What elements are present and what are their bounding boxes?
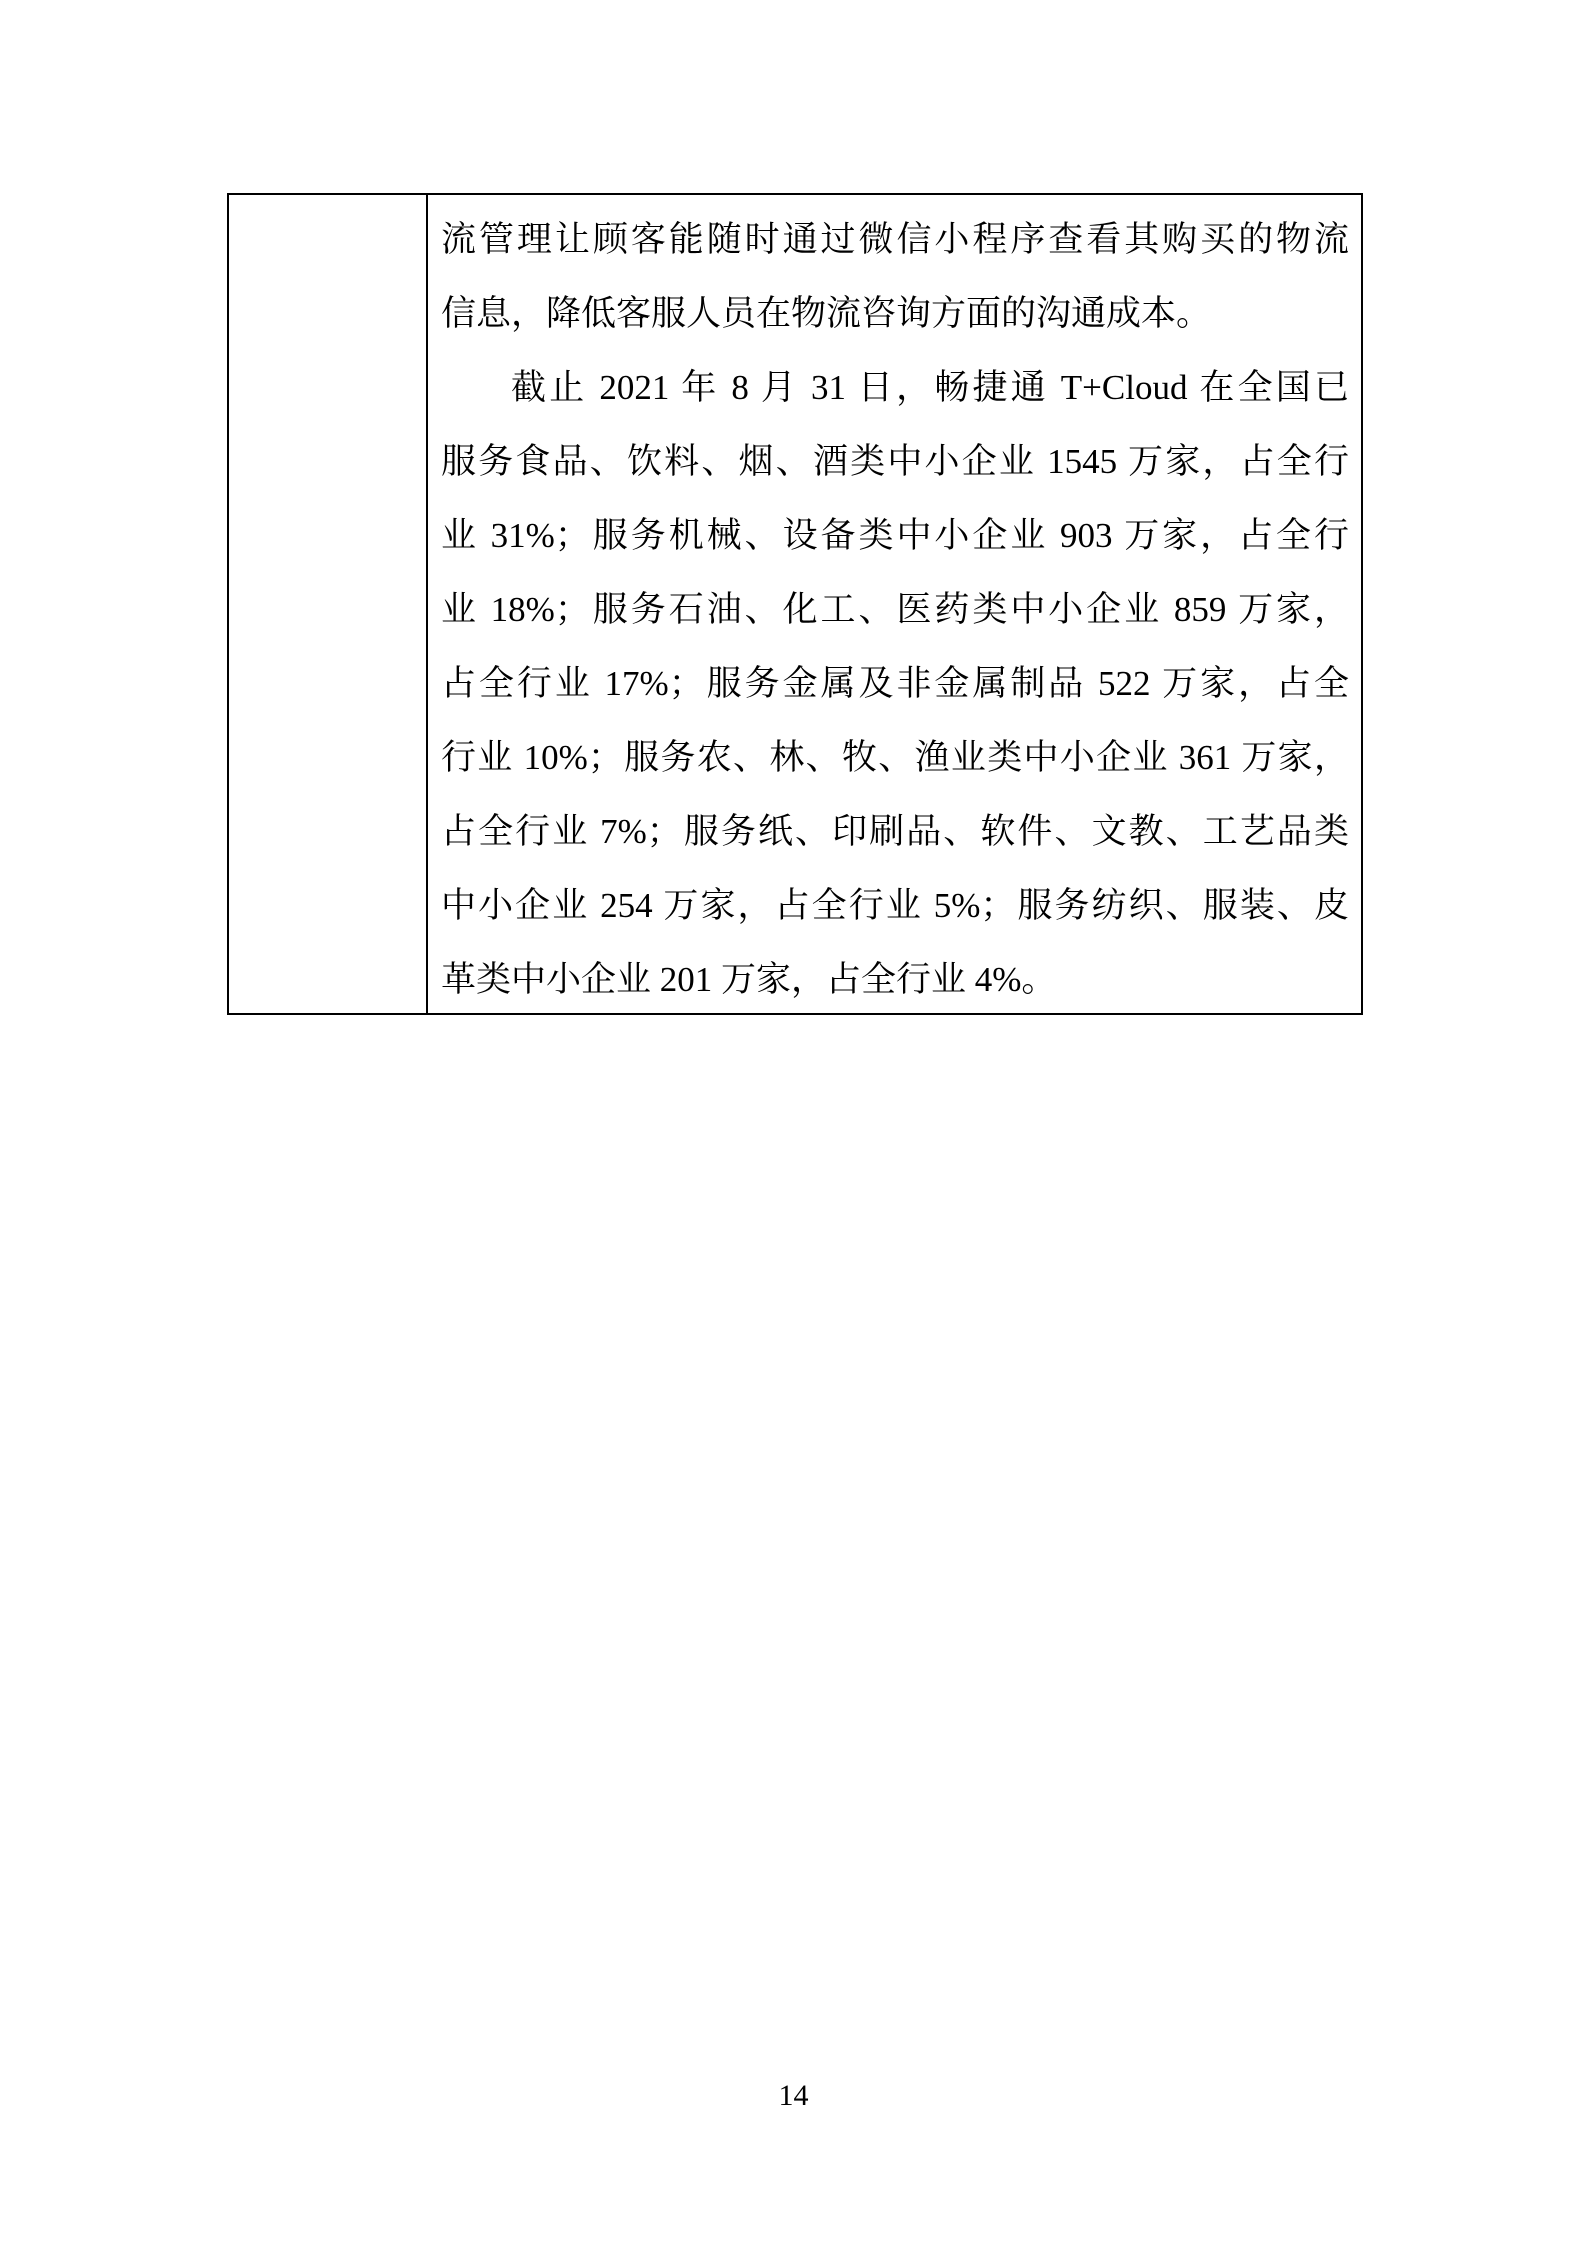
document-page: { "page": { "number": "14" }, "colors": … [0, 0, 1587, 2245]
text-line: 占全行业 17%；服务金属及非金属制品 522 万家，占全 [441, 647, 1349, 721]
text-line: 中小企业 254 万家，占全行业 5%；服务纺织、服装、皮 [441, 869, 1349, 943]
text-line: 业 18%；服务石油、化工、医药类中小企业 859 万家， [441, 573, 1349, 647]
text-line: 占全行业 7%；服务纸、印刷品、软件、文教、工艺品类 [441, 795, 1349, 869]
text-line: 行业 10%；服务农、林、牧、渔业类中小企业 361 万家， [441, 721, 1349, 795]
paragraph: 流管理让顾客能随时通过微信小程序查看其购买的物流信息，降低客服人员在物流咨询方面… [441, 203, 1349, 351]
paragraph: 截止 2021 年 8 月 31 日，畅捷通 T+Cloud 在全国已服务食品、… [441, 351, 1349, 1013]
text-line: 截止 2021 年 8 月 31 日，畅捷通 T+Cloud 在全国已 [441, 351, 1349, 425]
table-cell-body: 流管理让顾客能随时通过微信小程序查看其购买的物流信息，降低客服人员在物流咨询方面… [428, 195, 1361, 1013]
table-cell-label [229, 195, 428, 1013]
text-line: 信息，降低客服人员在物流咨询方面的沟通成本。 [441, 277, 1349, 351]
cell-paragraphs: 流管理让顾客能随时通过微信小程序查看其购买的物流信息，降低客服人员在物流咨询方面… [441, 203, 1349, 1013]
text-line: 服务食品、饮料、烟、酒类中小企业 1545 万家，占全行 [441, 425, 1349, 499]
text-line: 革类中小企业 201 万家，占全行业 4%。 [441, 943, 1349, 1013]
page-number: 14 [0, 2080, 1587, 2112]
text-line: 业 31%；服务机械、设备类中小企业 903 万家，占全行 [441, 499, 1349, 573]
content-table: 流管理让顾客能随时通过微信小程序查看其购买的物流信息，降低客服人员在物流咨询方面… [227, 193, 1363, 1015]
text-line: 流管理让顾客能随时通过微信小程序查看其购买的物流 [441, 203, 1349, 277]
